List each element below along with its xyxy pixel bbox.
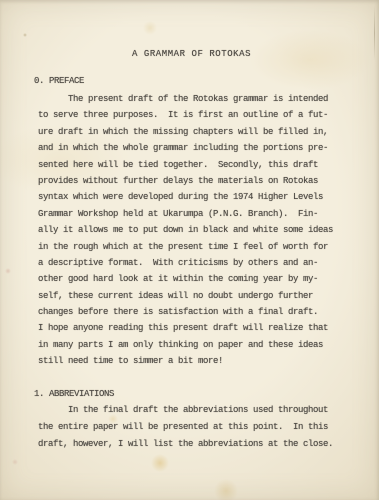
text-line: other good hard look at it within the co… [38, 271, 333, 287]
text-line: in the rough which at the present time I… [38, 239, 333, 255]
document-title: A GRAMMAR OF ROTOKAS [132, 49, 251, 59]
text-line: in many parts I am only thinking on pape… [38, 337, 333, 353]
text-line: sented here will be tied together. Secon… [38, 157, 333, 173]
section-heading-preface: 0. PREFACE [34, 76, 84, 86]
text-line: the entire paper will be presented at th… [38, 419, 333, 436]
text-line: The present draft of the Rotokas grammar… [38, 91, 333, 107]
preface-paragraph: The present draft of the Rotokas grammar… [38, 91, 333, 370]
text-line: still need time to simmer a bit more! [38, 353, 333, 369]
text-line: Grammar Workshop held at Ukarumpa (P.N.G… [38, 206, 333, 222]
text-line: a descriptive format. With criticisms by… [38, 255, 333, 271]
text-line: draft, however, I will list the abbrevia… [38, 436, 333, 453]
section-heading-abbreviations: 1. ABBREVIATIONS [34, 389, 114, 399]
text-line: provides without further delays the mate… [38, 173, 333, 189]
text-line: to serve three purposes. It is first an … [38, 107, 333, 123]
text-line: syntax which were developed during the 1… [38, 189, 333, 205]
text-line: changes before there is satisfaction wit… [38, 304, 333, 320]
abbreviations-paragraph: In the final draft the abbreviations use… [38, 402, 333, 453]
text-line: I hope anyone reading this present draft… [38, 320, 333, 336]
text-line: In the final draft the abbreviations use… [38, 402, 333, 419]
text-line: ally it allows me to put down in black a… [38, 222, 333, 238]
text-line: and in which the whole grammar including… [38, 140, 333, 156]
text-line: self, these current ideas will no doubt … [38, 288, 333, 304]
document-page: A GRAMMAR OF ROTOKAS 0. PREFACE The pres… [0, 0, 379, 500]
text-line: ure draft in which the missing chapters … [38, 124, 333, 140]
